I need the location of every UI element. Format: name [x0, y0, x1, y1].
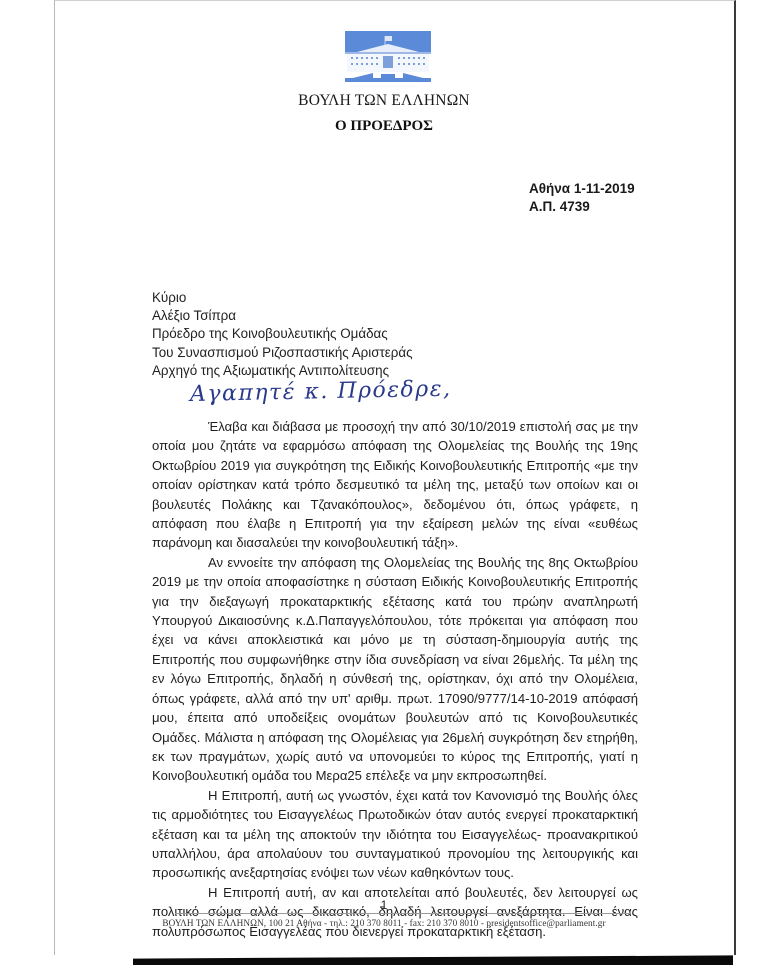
letter-body: Έλαβα και διάβασα με προσοχή την από 30/…: [152, 417, 638, 941]
body-paragraph: Έλαβα και διάβασα με προσοχή την από 30/…: [152, 417, 638, 553]
body-paragraph: Η Επιτροπή, αυτή ως γνωστόν, έχει κατά τ…: [152, 786, 638, 883]
place-date: Αθήνα 1-11-2019: [529, 180, 635, 198]
footer-divider: [175, 913, 630, 914]
parliament-building-icon: [343, 30, 433, 84]
office-title: Ο ΠΡΟΕΔΡΟΣ: [0, 118, 768, 135]
footer-contact: ΒΟΥΛΗ ΤΩΝ ΕΛΛΗΝΩΝ, 100 21 Αθήνα - τηλ.: …: [0, 918, 768, 928]
scan-edge-shadow: [133, 955, 733, 965]
recipient-line: Κύριο: [152, 289, 413, 307]
protocol-number: Α.Π. 4739: [529, 198, 635, 216]
page-number: 1: [0, 898, 768, 912]
letter-meta: Αθήνα 1-11-2019 Α.Π. 4739: [529, 180, 635, 216]
recipient-line: Αλέξιο Τσίπρα: [152, 307, 413, 325]
organization-name: ΒΟΥΛΗ ΤΩΝ ΕΛΛΗΝΩΝ: [0, 92, 768, 110]
recipient-block: Κύριο Αλέξιο Τσίπρα Πρόεδρο της Κοινοβου…: [152, 289, 413, 380]
recipient-line: Του Συνασπισμού Ριζοσπαστικής Αριστεράς: [152, 344, 413, 362]
body-paragraph: Αν εννοείτε την απόφαση της Ολομελείας τ…: [152, 553, 638, 786]
recipient-line: Πρόεδρο της Κοινοβουλευτικής Ομάδας: [152, 325, 413, 343]
